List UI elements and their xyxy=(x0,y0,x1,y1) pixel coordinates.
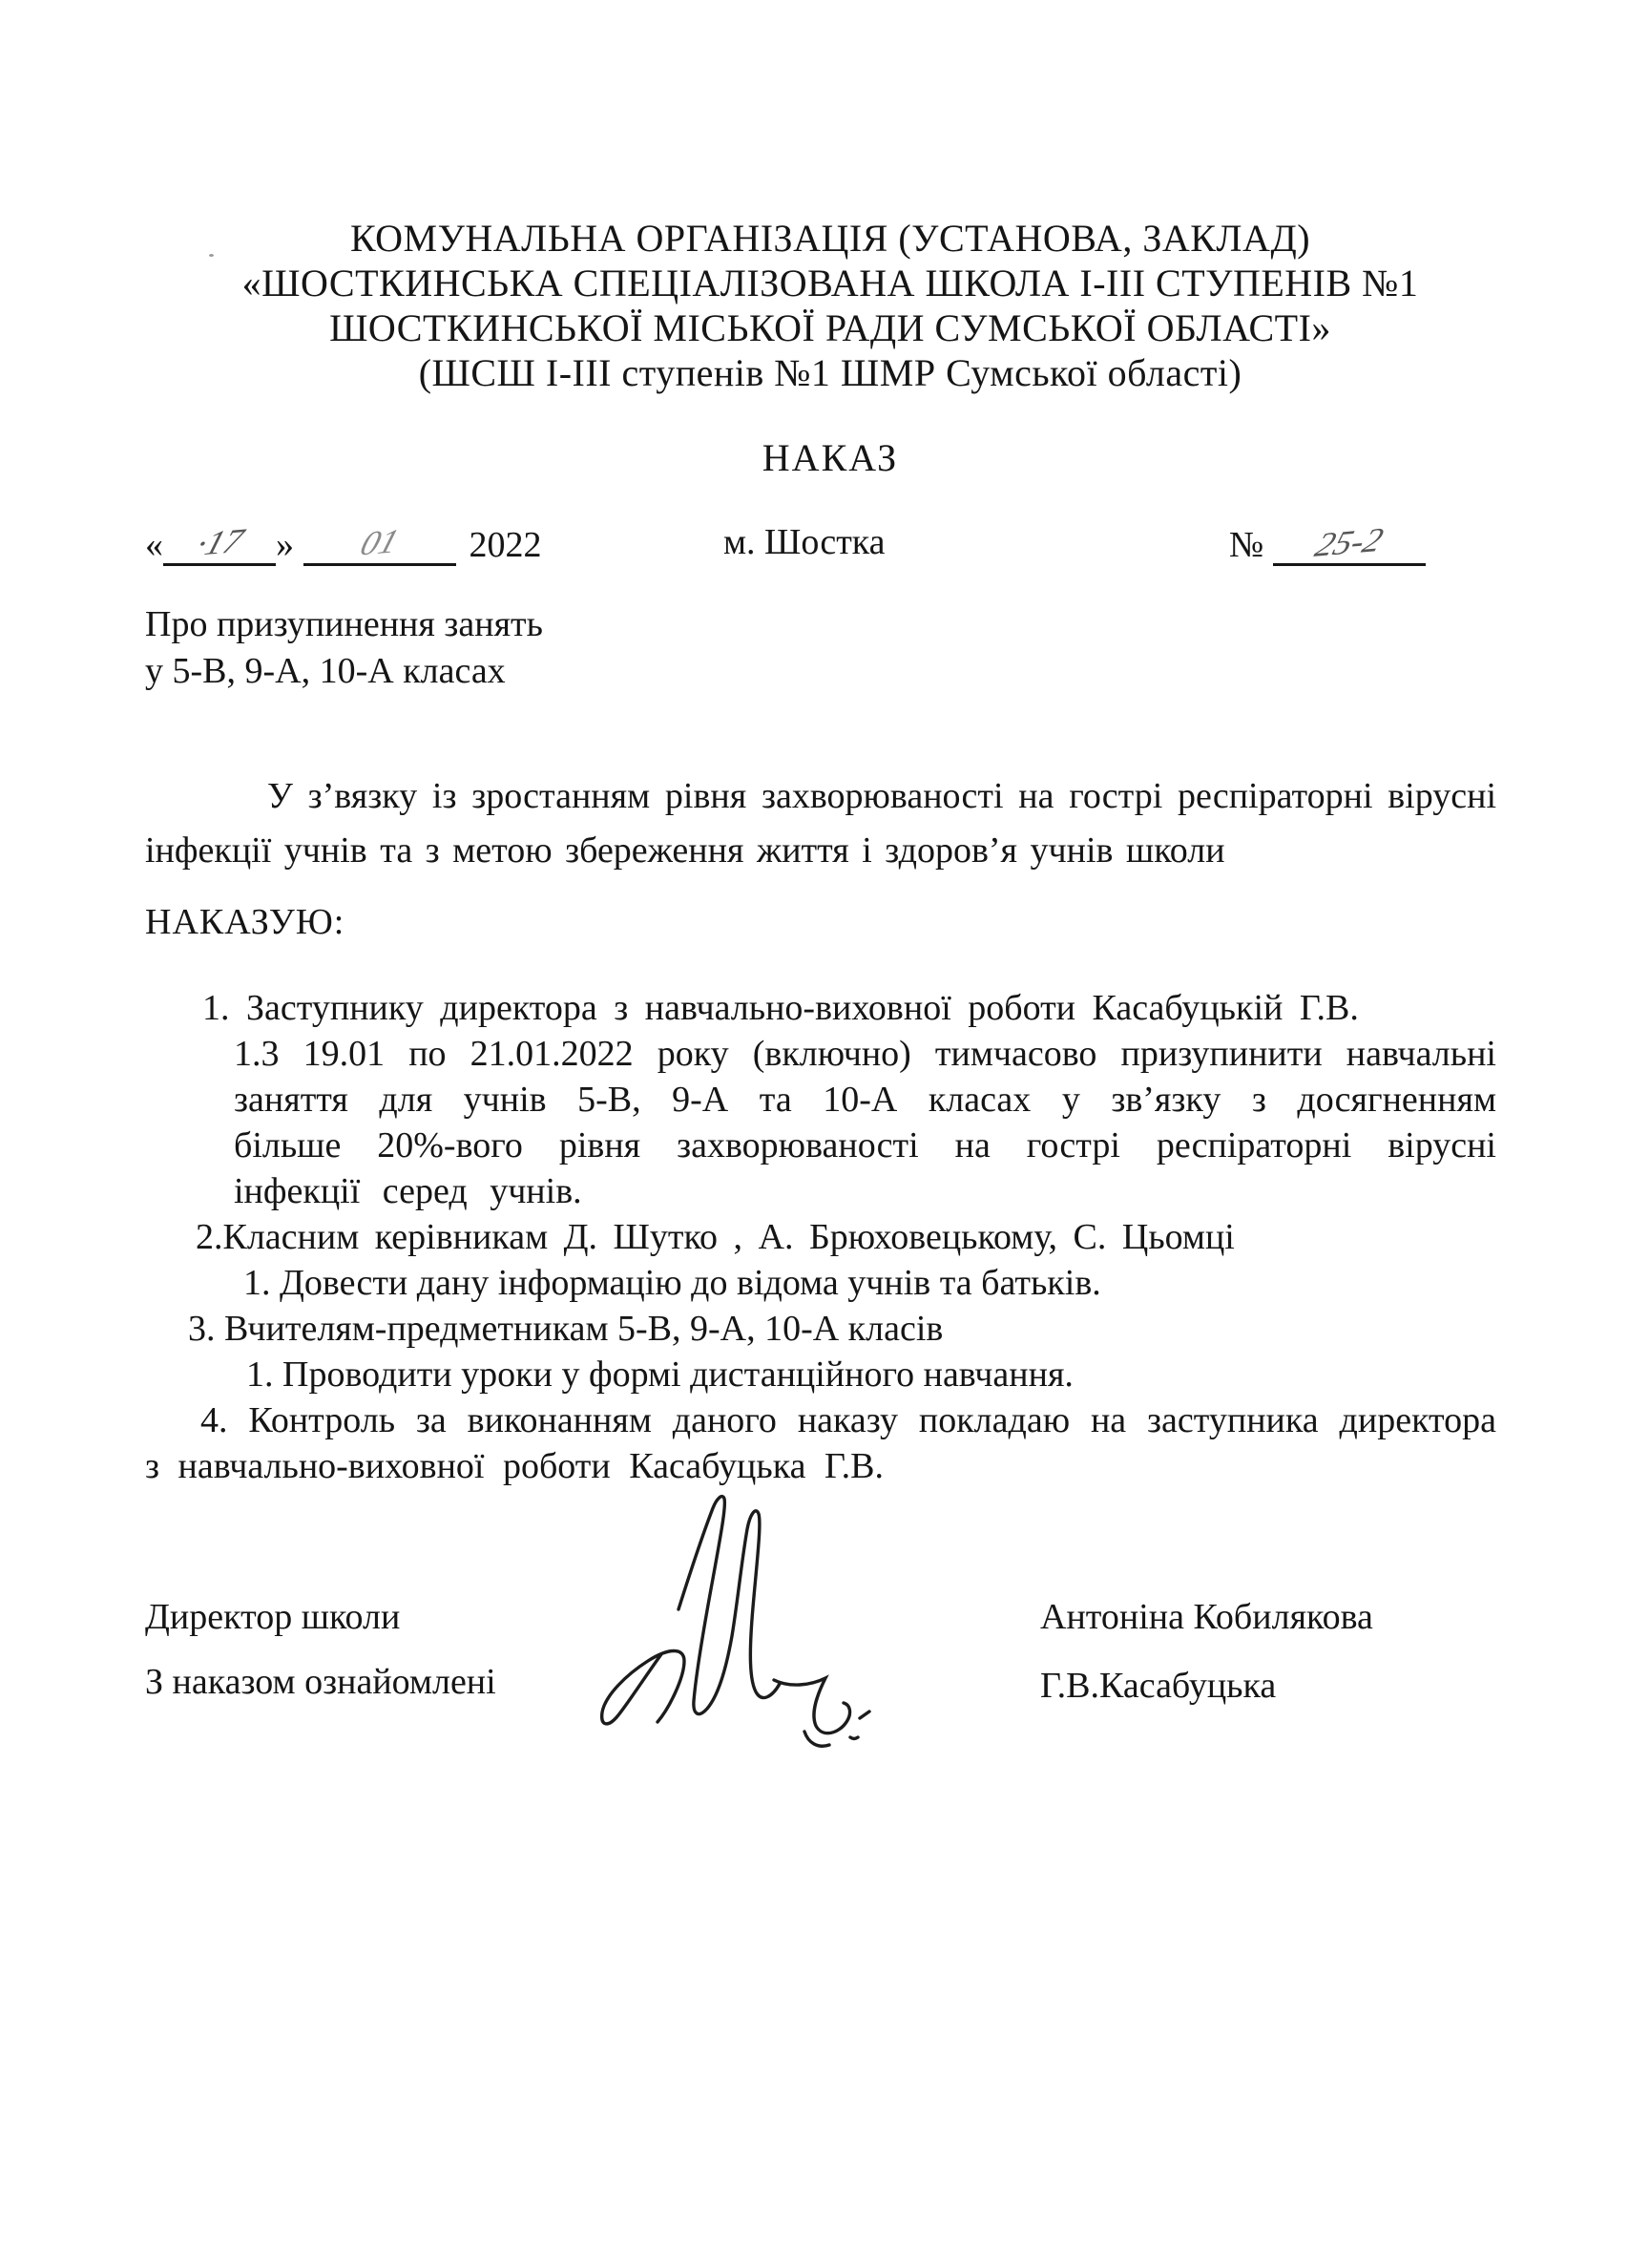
subject-line-1: Про призупинення занять xyxy=(145,601,1004,648)
order-year: 2022 xyxy=(470,525,542,565)
acknowledged-label: З наказом ознайомлені xyxy=(145,1661,496,1703)
deputy-name: Г.В.Касабуцька xyxy=(1040,1665,1276,1707)
org-name-line-4: (ШСШ І-ІІІ ступенів №1 ШМР Сумської обла… xyxy=(162,350,1498,395)
order-item-3: 3. Вчителям-предметникам 5-В, 9-А, 10-А … xyxy=(188,1306,1496,1352)
order-preamble: У з’вязку із зростанням рівня захворюван… xyxy=(145,769,1496,878)
order-item-4: 4. Контроль за виконанням даного наказу … xyxy=(145,1397,1496,1489)
day-blank: ·17 xyxy=(163,521,276,566)
order-subject: Про призупинення занять у 5-В, 9-А, 10-А… xyxy=(145,601,1004,695)
org-name-line-1: КОМУНАЛЬНА ОРГАНІЗАЦІЯ (УСТАНОВА, ЗАКЛАД… xyxy=(162,216,1498,261)
handwritten-month: 01 xyxy=(355,521,403,564)
order-item-1-3: 1.3 19.01 по 21.01.2022 року (включно) т… xyxy=(234,1031,1496,1214)
order-items-list: 1. Заступнику директора з навчально-вихо… xyxy=(145,985,1496,1489)
director-signature-ink xyxy=(577,1487,902,1759)
organization-header: КОМУНАЛЬНА ОРГАНІЗАЦІЯ (УСТАНОВА, ЗАКЛАД… xyxy=(162,216,1498,395)
order-item-2: 2.Класним керівникам Д. Шутко , А. Брюхо… xyxy=(196,1214,1496,1260)
order-item-3-1: 1. Проводити уроки у формі дистанційного… xyxy=(246,1352,1496,1397)
open-quote: « xyxy=(145,525,163,565)
number-sign: № xyxy=(1229,525,1263,565)
number-blank: 25-2 xyxy=(1273,521,1426,566)
order-item-1: 1. Заступнику директора з навчально-вихо… xyxy=(202,985,1496,1031)
close-quote: » xyxy=(276,525,294,565)
decree-word: НАКАЗУЮ: xyxy=(145,901,344,943)
document-type-title: НАКАЗ xyxy=(162,435,1498,480)
director-name: Антоніна Кобилякова xyxy=(1040,1596,1373,1638)
subject-line-2: у 5-В, 9-А, 10-А класах xyxy=(145,648,1004,695)
handwritten-day: ·17 xyxy=(191,520,248,564)
org-name-line-2: «ШОСТКИНСЬКА СПЕЦІАЛІЗОВАНА ШКОЛА І-ІІІ … xyxy=(162,261,1498,305)
date-place-number-line: «·17» 012022 м. Шостка № 25-2 xyxy=(0,521,1628,578)
director-role-label: Директор школи xyxy=(145,1596,400,1638)
handwritten-number: 25-2 xyxy=(1310,519,1388,565)
order-date: «·17» 012022 xyxy=(145,521,542,566)
month-blank: 01 xyxy=(303,521,456,566)
order-place: м. Шостка xyxy=(723,521,886,563)
org-name-line-3: ШОСТКИНСЬКОЇ МІСЬКОЇ РАДИ СУМСЬКОЇ ОБЛАС… xyxy=(162,305,1498,350)
order-document-page: КОМУНАЛЬНА ОРГАНІЗАЦІЯ (УСТАНОВА, ЗАКЛАД… xyxy=(0,0,1628,2268)
order-number: № 25-2 xyxy=(1229,521,1426,566)
order-item-2-1: 1. Довести дану інформацію до відома учн… xyxy=(243,1260,1496,1306)
